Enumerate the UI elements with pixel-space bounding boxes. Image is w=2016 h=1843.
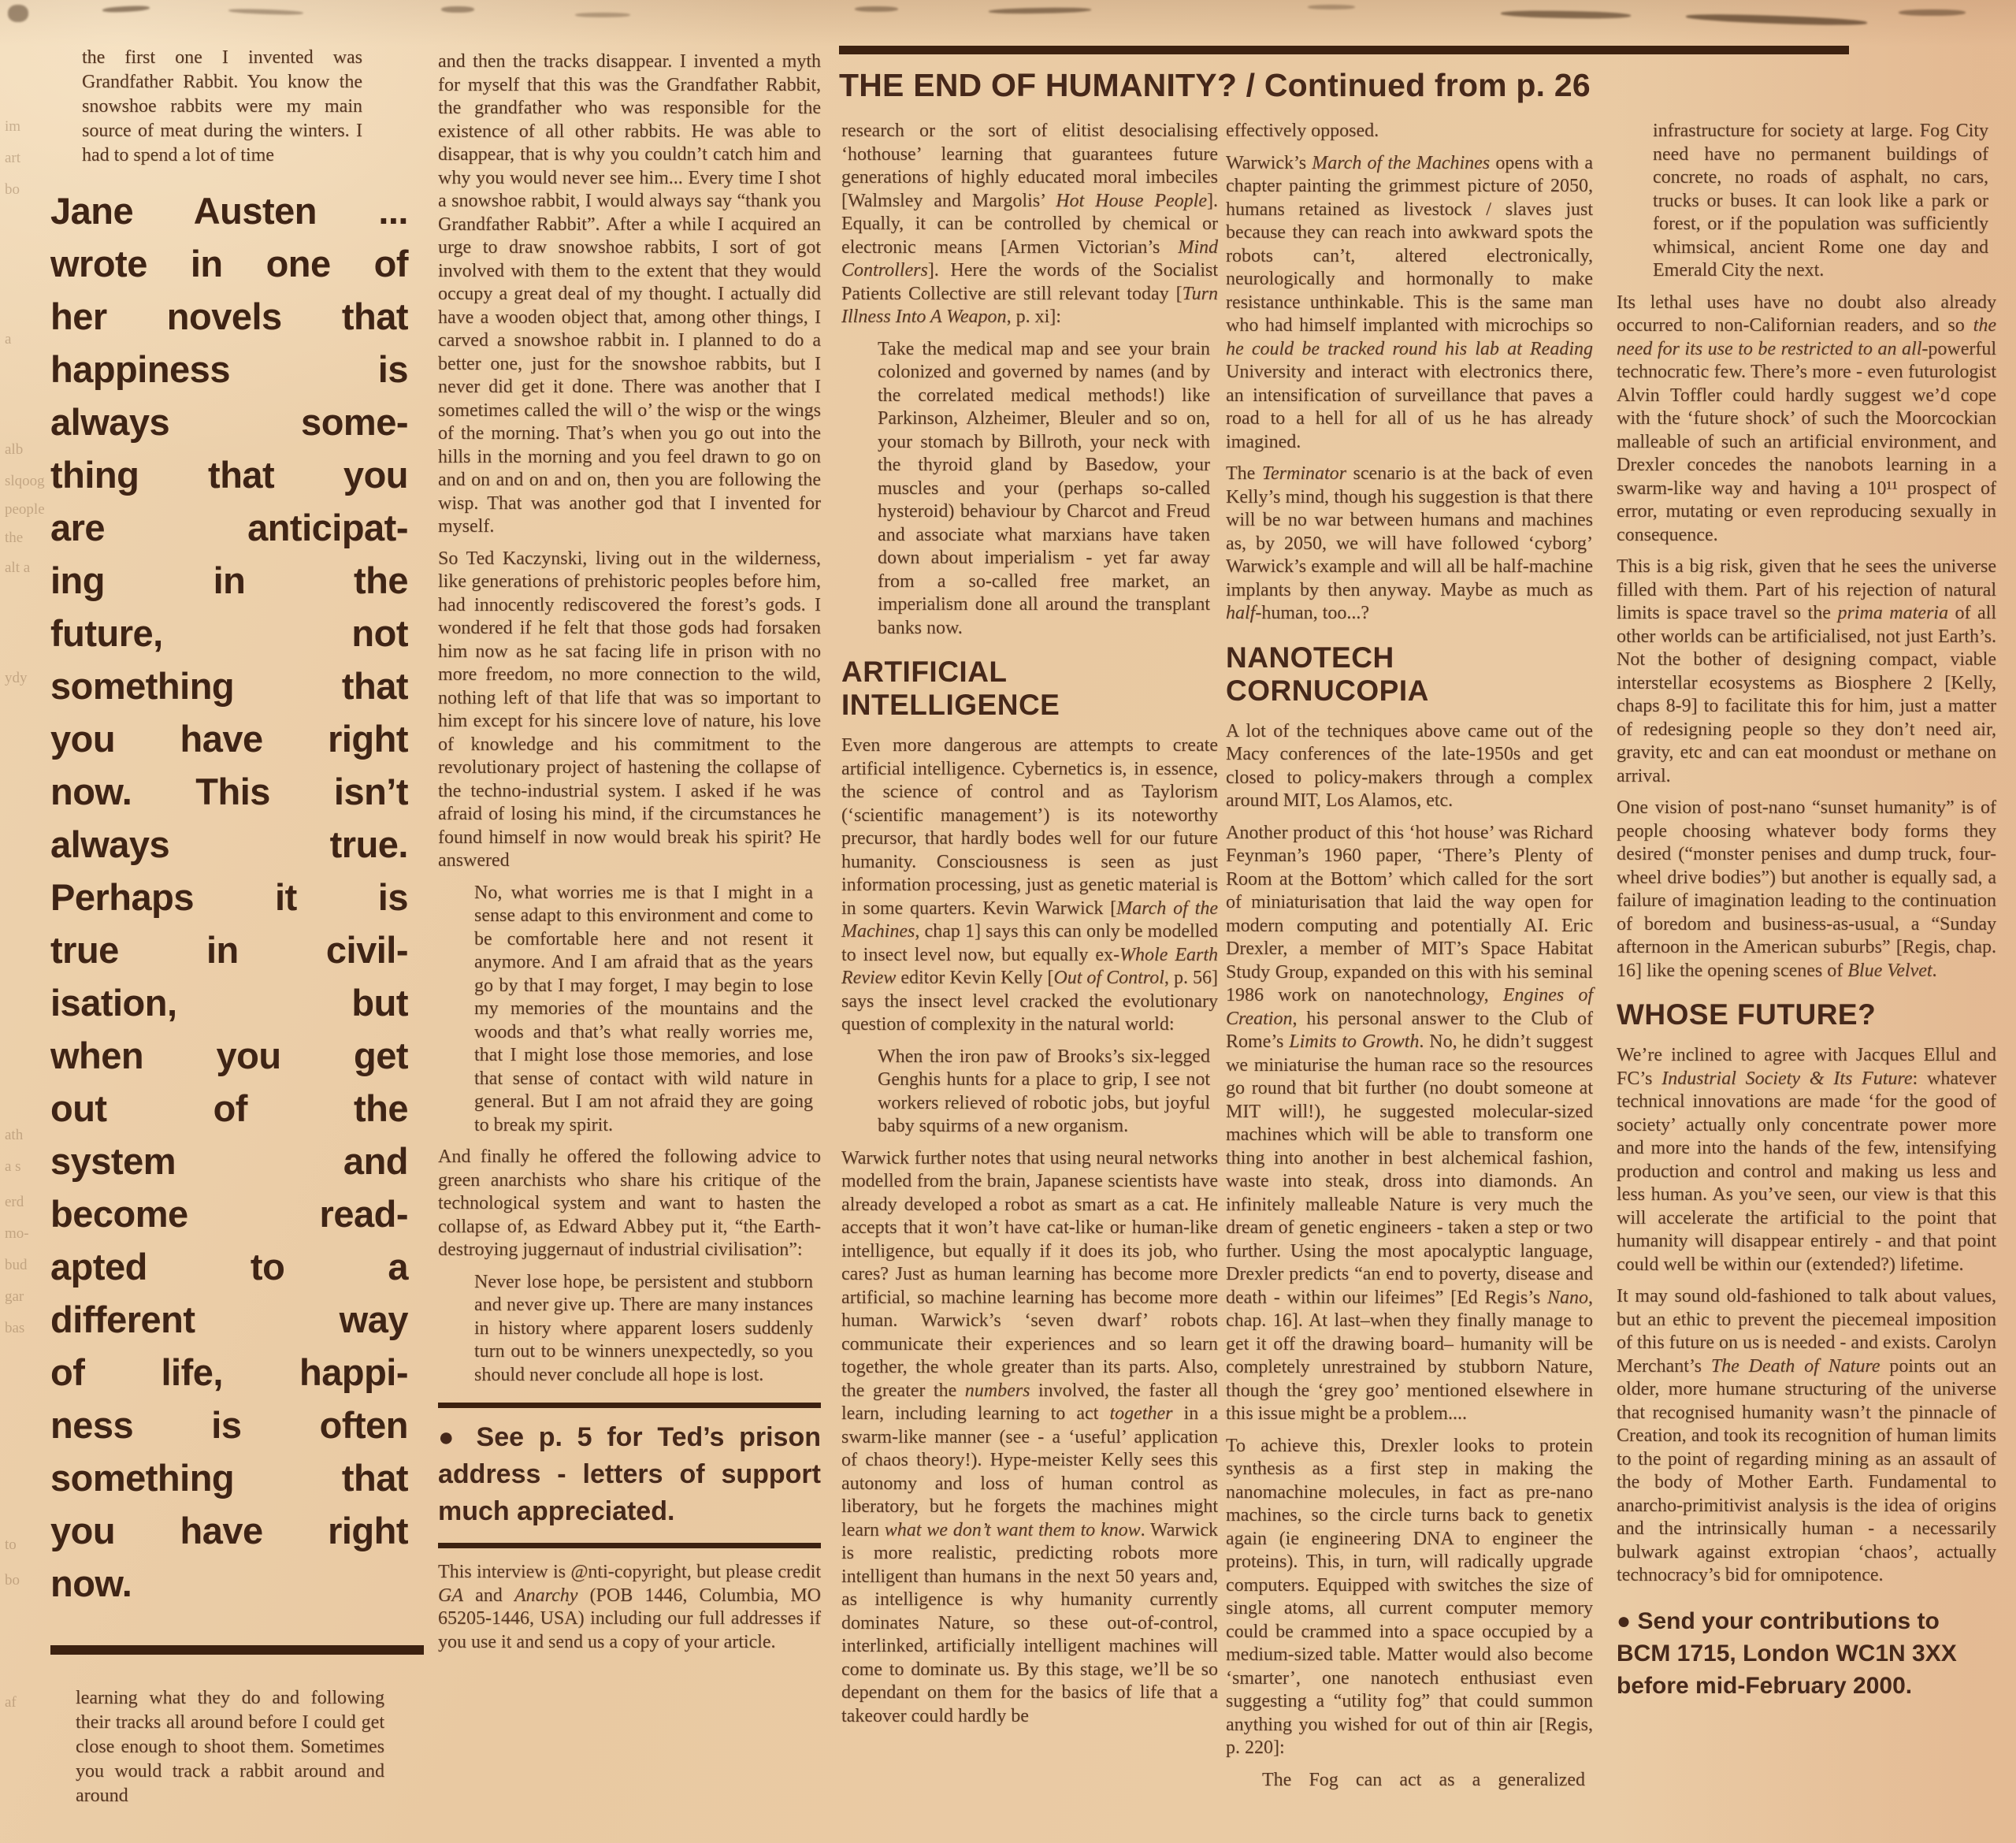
ghost-fragment: a s: [5, 1158, 21, 1176]
pull-quote-line: Jane Austen ...: [50, 184, 408, 237]
article-paragraph: One vision of post-nano “sunset humanity…: [1617, 797, 1996, 983]
article-paragraph: Warwick’s March of the Machines opens wi…: [1226, 152, 1593, 455]
pull-quote-line: something that: [50, 660, 408, 712]
ghost-fragment: im: [5, 118, 20, 136]
pull-quote-line: future, not: [50, 607, 408, 660]
pull-quote-line: something that: [50, 1451, 408, 1504]
article-paragraph: Another product of this ‘hot house’ was …: [1226, 822, 1593, 1426]
kaczynski-quote: Never lose hope, be persistent and stubb…: [438, 1271, 821, 1388]
pull-quote-line: ness is often: [50, 1399, 408, 1451]
article-paragraph: effectively opposed.: [1226, 120, 1593, 143]
pull-quote-line: isation, but: [50, 976, 408, 1029]
ghost-fragment: ath: [5, 1127, 23, 1144]
horizontal-rule: [50, 1645, 424, 1655]
ghost-fragment: mo-: [5, 1225, 29, 1243]
ghost-fragment: to: [5, 1536, 17, 1554]
pull-quote-line: system and: [50, 1135, 408, 1187]
pull-quote-line: now. This isn’t: [50, 765, 408, 818]
kaczynski-quote: No, what worries me is that I might in a…: [438, 882, 821, 1138]
ghost-fragment: erd: [5, 1194, 24, 1211]
scan-smudge: [1501, 10, 1631, 20]
zine-page-scan: imartboaalbslqoogpeoplethealt aydyatha s…: [0, 0, 2016, 1843]
ghost-fragment: alt a: [5, 559, 30, 577]
ghost-fragment: slqoog: [5, 473, 45, 490]
scan-smudge: [102, 5, 150, 13]
section-heading-nanotech-cornucopia: NANOTECH CORNUCOPIA: [1226, 641, 1593, 708]
scan-smudge: [228, 8, 303, 15]
ghost-fragment: bas: [5, 1320, 24, 1337]
pull-quote-line: always some-: [50, 396, 408, 448]
scan-smudge: [1899, 9, 1966, 16]
pull-quote-line: true in civil-: [50, 923, 408, 976]
ghost-fragment: art: [5, 150, 20, 167]
pull-quote-line: you have right: [50, 1504, 408, 1557]
pull-quote-line: you have right: [50, 712, 408, 765]
ghost-fragment: a: [5, 331, 11, 348]
column-3: research or the sort of elitist desocial…: [841, 120, 1218, 1737]
article-paragraph: Its lethal uses have no doubt also alrea…: [1617, 292, 1996, 548]
article-paragraph: research or the sort of elitist desocial…: [841, 120, 1218, 329]
pull-quote-line: out of the: [50, 1082, 408, 1135]
scan-smudge: [8, 5, 28, 22]
article-paragraph: The Terminator scenario is at the back o…: [1226, 463, 1593, 626]
pull-quote-line: now.: [50, 1557, 408, 1610]
article-paragraph: Even more dangerous are attempts to crea…: [841, 734, 1218, 1037]
kelly-quote: When the iron paw of Brooks’s six-legged…: [841, 1046, 1218, 1139]
column-5: infrastructure for society at large. Fog…: [1617, 120, 1996, 1702]
section-heading-artificial-intelligence: ARTIFICIAL INTELLIGENCE: [841, 656, 1218, 722]
scan-smudge: [1686, 13, 1867, 27]
ghost-fragment: af: [5, 1694, 17, 1711]
interview-paragraph: So Ted Kaczynski, living out in the wild…: [438, 548, 821, 873]
pull-quote-line: different way: [50, 1293, 408, 1346]
interview-paragraph: and then the tracks disappear. I invente…: [438, 50, 821, 539]
interview-paragraph: And finally he offered the following adv…: [438, 1146, 821, 1262]
pull-quote-line: always true.: [50, 818, 408, 871]
section-heading-whose-future: WHOSE FUTURE?: [1617, 998, 1996, 1031]
fog-quote: The Fog can act as a generalized: [1226, 1769, 1593, 1793]
column-2: and then the tracks disappear. I invente…: [438, 50, 821, 1663]
pull-quote-line: when you get: [50, 1029, 408, 1082]
article-header: THE END OF HUMANITY? / Continued from p.…: [839, 46, 1849, 104]
pull-quote: Jane Austen ...wrote in one ofher novels…: [50, 184, 408, 1610]
horizontal-rule: [839, 46, 1849, 54]
scan-smudge: [575, 13, 630, 17]
article-paragraph: This is a big risk, given that he sees t…: [1617, 556, 1996, 788]
article-paragraph: To achieve this, Drexler looks to protei…: [1226, 1435, 1593, 1760]
ghost-fragment: people: [5, 501, 45, 518]
column-4: effectively opposed.Warwick’s March of t…: [1226, 120, 1593, 1800]
article-paragraph: A lot of the techniques above came out o…: [1226, 720, 1593, 813]
article-paragraph: It may sound old-fashioned to talk about…: [1617, 1285, 1996, 1588]
ghost-fragment: bo: [5, 1572, 20, 1589]
pull-quote-line: of life, happi-: [50, 1346, 408, 1399]
ghost-fragment: alb: [5, 441, 23, 459]
scan-smudge: [855, 6, 898, 12]
fog-quote-continued: infrastructure for society at large. Fog…: [1617, 120, 1996, 283]
scan-smudge: [441, 6, 474, 13]
pull-quote-line: Perhaps it is: [50, 871, 408, 923]
ghost-fragment: gar: [5, 1288, 24, 1306]
pull-quote-line: thing that you: [50, 448, 408, 501]
scan-smudge: [989, 7, 1091, 14]
pull-quote-line: happiness is: [50, 343, 408, 396]
ghost-fragment: bud: [5, 1257, 28, 1274]
pull-quote-line: ing in the: [50, 554, 408, 607]
pull-quote-line: apted to a: [50, 1240, 408, 1293]
interview-paragraph: the first one I invented was Grandfather…: [82, 46, 362, 168]
article-paragraph: Warwick further notes that using neural …: [841, 1147, 1218, 1729]
ghost-fragment: bo: [5, 181, 20, 199]
prison-address-note: ● See p. 5 for Ted’s prison address - le…: [438, 1403, 821, 1548]
pull-quote-line: her novels that: [50, 290, 408, 343]
contributions-note: ● Send your contributions to BCM 1715, L…: [1617, 1605, 1996, 1702]
scan-smudge: [1308, 5, 1355, 9]
article-headline: THE END OF HUMANITY? / Continued from p.…: [839, 67, 1849, 104]
pull-quote-line: become read-: [50, 1187, 408, 1240]
article-paragraph: We’re inclined to agree with Jacques Ell…: [1617, 1044, 1996, 1276]
interview-paragraph: learning what they do and following thei…: [76, 1686, 384, 1808]
pull-quote-line: are anticipat-: [50, 501, 408, 554]
anticopyright-paragraph: This interview is @nti-copyright, but pl…: [438, 1561, 821, 1654]
pull-quote-line: wrote in one of: [50, 237, 408, 290]
ghost-fragment: the: [5, 529, 23, 547]
ghost-fragment: ydy: [5, 670, 28, 687]
spk-quote: Take the medical map and see your brain …: [841, 338, 1218, 641]
